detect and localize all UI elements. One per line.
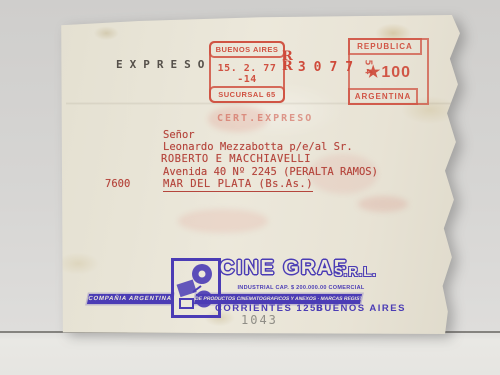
envelope-shadow-wrap: EXPRESO BUENOS AIRES 15. 2. 77 -14 SUCUR… — [0, 0, 500, 375]
logo-company-suffix: S.R.L. — [334, 264, 377, 279]
address-recipient: Leonardo Mezzabotta p/e/al Sr. — [163, 141, 353, 153]
logo-company-name: CINE GRAF — [220, 257, 348, 280]
address-street: Avenida 40 Nº 2245 (PERALTA RAMOS) — [163, 166, 378, 178]
ink-smudge — [178, 209, 268, 233]
datestamp-office: SUCURSAL 65 — [209, 86, 285, 103]
datestamp-date: 15. 2. 77 -14 — [211, 63, 283, 85]
address-recipient2: ROBERTO E MACCHIAVELLI — [161, 153, 311, 165]
datestamp-city: BUENOS AIRES — [209, 41, 285, 58]
logo-caption: INDUSTRIAL CAP. $ 200.000.00 COMERCIAL — [226, 285, 376, 291]
expreso-handstamp: EXPRESO — [116, 58, 211, 71]
registered-r-mark: RR — [282, 52, 293, 72]
meter-country-bottom: ARGENTINA — [348, 88, 418, 105]
projector-icon — [171, 258, 221, 318]
address-salutation: Señor — [163, 129, 195, 141]
photo-scene: EXPRESO BUENOS AIRES 15. 2. 77 -14 SUCUR… — [0, 0, 500, 375]
meter-country-top: REPUBLICA — [348, 38, 422, 55]
ink-smudge — [358, 196, 408, 212]
logo-ribbon-left: COMPAÑIA ARGENTINA — [87, 294, 173, 304]
address-city: MAR DEL PLATA (Bs.As.) — [163, 178, 313, 192]
datestamp-box: BUENOS AIRES 15. 2. 77 -14 SUCURSAL 65 — [209, 41, 285, 103]
address-postal-code: 7600 — [105, 178, 130, 190]
meter-stamp-box: REPUBLICA ★100 ARGENTINA — [348, 38, 429, 105]
meter-value: ★100 — [350, 62, 427, 82]
registered-r-bottom: R — [282, 62, 293, 72]
envelope: EXPRESO BUENOS AIRES 15. 2. 77 -14 SUCUR… — [58, 14, 462, 334]
logo-city: BUENOS AIRES — [316, 303, 406, 314]
envelope-control-number: 1043 — [241, 313, 278, 327]
cert-expreso-stamp: CERT.EXPRESO — [217, 113, 313, 124]
